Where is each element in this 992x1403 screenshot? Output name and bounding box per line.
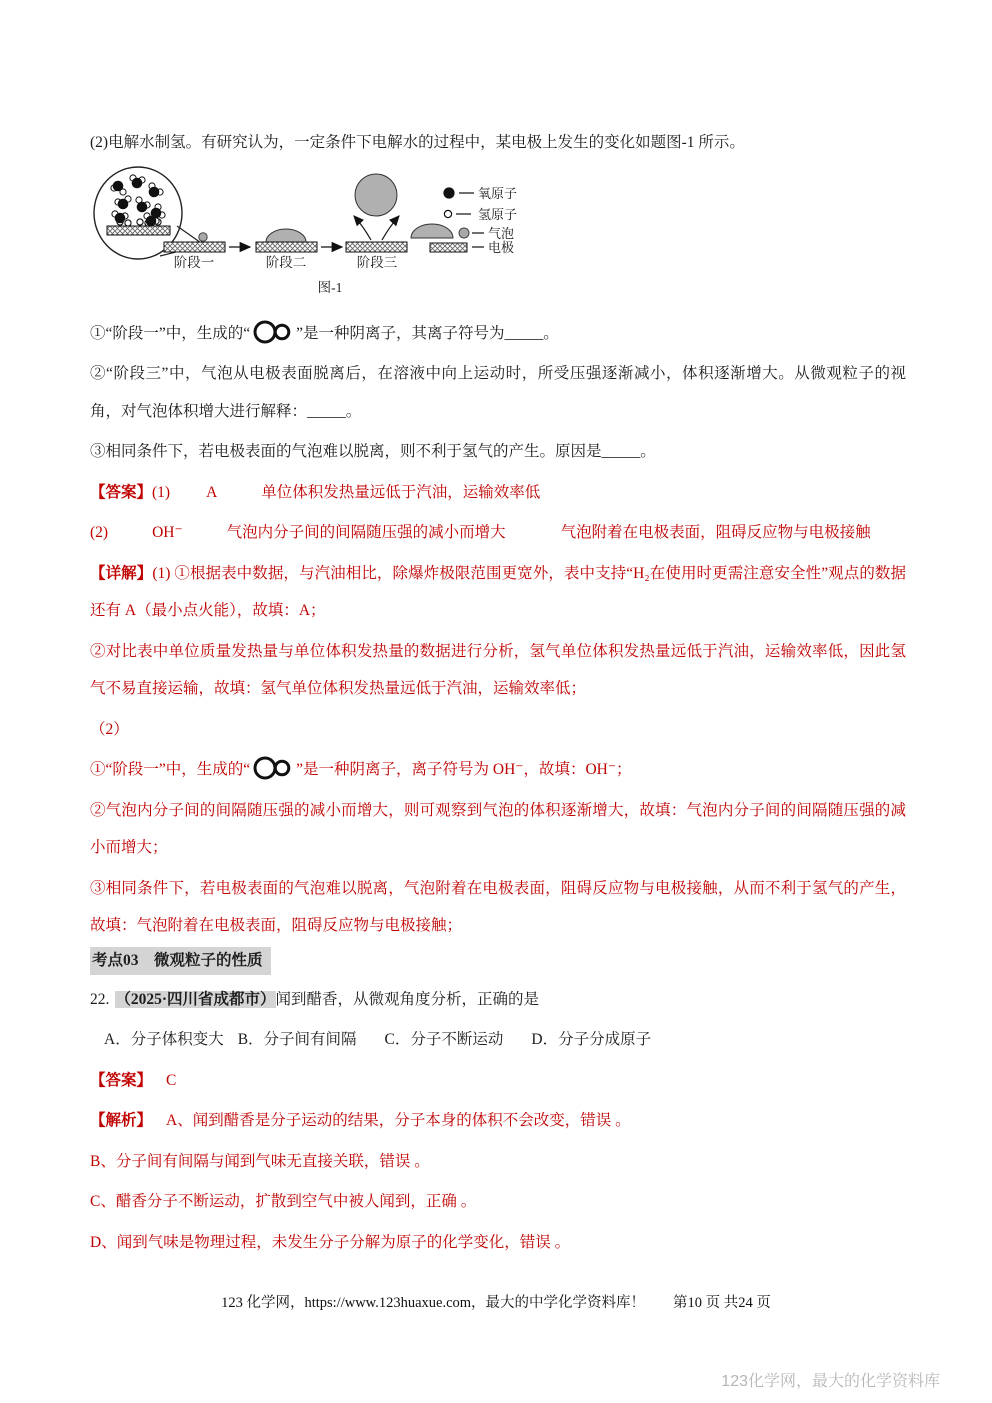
figure-caption: 图-1 [318,280,343,295]
answer-label: 【答案】 [90,484,152,501]
electrode-icon [430,243,467,252]
analysis-line-b: B、分子间有间隔与闻到气味无直接关联，错误 。 [90,1143,906,1181]
release-arrow-left [354,216,371,240]
legend-bubble-label: 气泡 [488,226,514,241]
analysis-line-d: D、闻到气味是物理过程，未发生分子分解为原子的化学变化，错误 。 [90,1224,906,1262]
detail-paragraph-4: ①“阶段一”中，生成的“”是一种阴离子，离子符号为 OH⁻，故填：OH⁻； [90,751,906,789]
figure-legend: 氧原子 氢原子 气泡 电极 [430,186,517,255]
stage1-label: 阶段一 [174,255,215,270]
option-c: C．分子不断运动 [385,1031,504,1048]
analysis-label: 【解析】 [90,1112,152,1129]
stage3-electrode [346,242,407,252]
answer1-text: 单位体积发热量远低于汽油，运输效率低 [261,484,540,501]
question-22-answer-label: 【答案】 [90,1072,152,1089]
question-2-intro: (2)电解水制氢。有研究认为，一定条件下电解水的过程中，某电极上发生的变化如题图… [90,124,906,162]
detail-paragraph-6: ③相同条件下，若电极表面的气泡难以脱离，气泡附着在电极表面，阻碍反应物与电极接触… [90,870,906,945]
answer1-number: (1) [152,484,170,501]
legend-hydrogen-label: 氢原子 [478,207,517,222]
analysis-a-text: A、闻到醋香是分子运动的结果，分子本身的体积不会改变，错误 。 [166,1112,631,1129]
footer-page-number: 第10 页 共24 页 [673,1295,771,1311]
footer-site-info: 123 化学网，https://www.123huaxue.com，最大的中学化… [221,1295,645,1311]
figure-1: 阶段一 阶段二 阶段三 [90,166,906,309]
oxygen-atom-icon [443,187,454,198]
question-22-text: 闻到醋香，从微观角度分析，正确的是 [276,991,540,1008]
question-22-source: （2025·四川省成都市） [115,991,275,1008]
question-22-answer: 【答案】C [90,1062,906,1100]
sub-question-1: ①“阶段一”中，生成的“”是一种阴离子，其离子符号为_____。 [90,315,906,353]
option-a: A．分子体积变大 [104,1031,224,1048]
answer1-choice: A [206,484,217,501]
ion-model-icon [251,754,295,782]
answer2-number: (2) [90,524,108,541]
legend-bubble-dome [411,224,453,238]
question-22-number: 22. [90,991,109,1008]
detail-paragraph-1: 【详解】(1) ①根据表中数据，与汽油相比，除爆炸极限范围更宽外，表中支持“H₂… [90,555,906,630]
page-content: (2)电解水制氢。有研究认为，一定条件下电解水的过程中，某电极上发生的变化如题图… [90,124,906,1264]
page-footer: 123 化学网，https://www.123huaxue.com，最大的中学化… [0,1291,992,1312]
option-b: B．分子间有间隔 [238,1031,357,1048]
ion-model-icon [251,318,295,346]
question-22-options: A．分子体积变大B．分子间有间隔C．分子不断运动D．分子分成原子 [90,1021,906,1059]
analysis-line-c: C、醋香分子不断运动，扩散到空气中被人闻到，正确 。 [90,1183,906,1221]
answer2-text2: 气泡附着在电极表面，阻碍反应物与电极接触 [561,524,871,541]
stage-3: 阶段三 [346,174,407,270]
watermark: 123化学网，最大的化学资料库 [721,1368,940,1391]
electrolysis-diagram: 阶段一 阶段二 阶段三 [90,166,560,304]
sub-question-3: ③相同条件下，若电极表面的气泡难以脱离，则不利于氢气的产生。原因是_____。 [90,433,906,471]
detail-p1-text: (1) ①根据表中数据，与汽油相比，除爆炸极限范围更宽外，表中支持“H₂在使用时… [90,565,906,620]
stage3-detached-bubble [355,174,397,216]
answer-line-1: 【答案】(1)A单位体积发热量远低于汽油，运输效率低 [90,474,906,512]
legend-oxygen-label: 氧原子 [478,186,517,201]
answer-line-2: (2)OH⁻气泡内分子间的间隔随压强的减小而增大气泡附着在电极表面，阻碍反应物与… [90,514,906,552]
document-page: (2)电解水制氢。有研究认为，一定条件下电解水的过程中，某电极上发生的变化如题图… [0,0,992,1403]
detail-paragraph-3: （2） [90,711,906,749]
stage1-small-bubble [199,232,207,240]
detail-p4-pre: ①“阶段一”中，生成的“ [90,761,250,778]
detail-paragraph-2: ②对比表中单位质量发热量与单位体积发热量的数据进行分析，氢气单位体积发热量远低于… [90,633,906,708]
analysis-line-a: 【解析】A、闻到醋香是分子运动的结果，分子本身的体积不会改变，错误 。 [90,1102,906,1140]
detail-label: 【详解】 [90,565,152,582]
stage2-label: 阶段二 [266,255,307,270]
hydrogen-atom-icon [444,210,451,217]
detail-p4-post: ”是一种阴离子，离子符号为 OH⁻，故填：OH⁻； [296,761,631,778]
sub1-text-pre: ①“阶段一”中，生成的“ [90,325,250,342]
option-d: D．分子分成原子 [531,1031,651,1048]
answer2-text1: 气泡内分子间的间隔随压强的减小而增大 [227,524,506,541]
release-arrow-right [382,216,399,240]
answer2-ion: OH⁻ [152,524,183,541]
stage-2: 阶段二 [256,229,317,270]
inset-electrode [107,226,170,235]
stage3-label: 阶段三 [357,255,398,270]
stage1-electrode [164,242,225,252]
question-22-stem: 22.（2025·四川省成都市）闻到醋香，从微观角度分析，正确的是 [90,981,906,1019]
sub-question-2: ②“阶段三”中，气泡从电极表面脱离后，在溶液中向上运动时，所受压强逐渐减小，体积… [90,355,906,430]
sub1-text-post: ”是一种阴离子，其离子符号为_____。 [296,325,559,342]
stage2-electrode [256,242,317,252]
section-header-kaodian-03: 考点03 微观粒子的性质 [90,947,271,975]
legend-electrode-label: 电极 [488,240,514,255]
bubble-icon [459,228,469,238]
detail-paragraph-5: ②气泡内分子间的间隔随压强的减小而增大，则可观察到气泡的体积逐渐增大，故填：气泡… [90,792,906,867]
stage2-bubble-dome [266,229,306,242]
question-22-answer-value: C [166,1072,176,1089]
